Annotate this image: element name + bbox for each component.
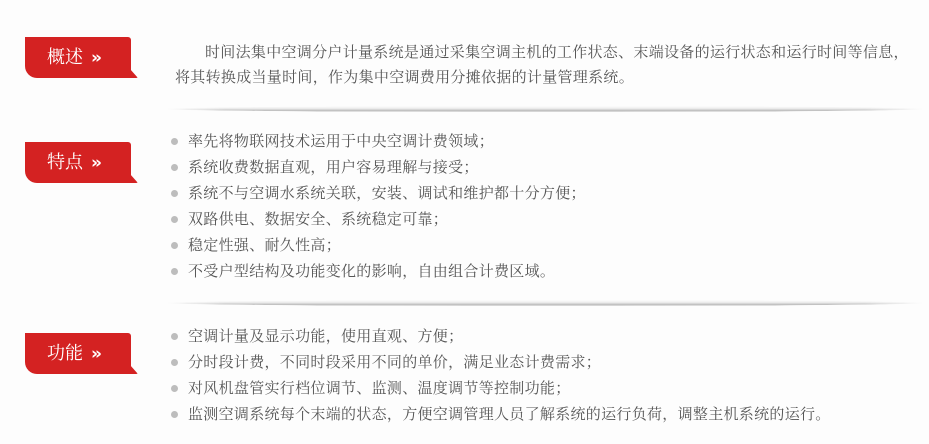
bullet-icon [171,216,178,223]
double-chevron-right-icon: » [91,344,102,364]
bullet-icon [171,411,178,418]
list-item: 对风机盘管实行档位调节、监测、温度调节等控制功能； [167,375,831,401]
bullet-icon [171,268,178,275]
bullet-icon [171,138,178,145]
list-item: 双路供电、数据安全、系统稳定可靠； [167,206,586,232]
list-item: 系统不与空调水系统关联，安装、调试和维护都十分方便； [167,180,586,206]
list-item: 空调计量及显示功能，使用直观、方便； [167,323,831,349]
section-divider [165,300,925,306]
functions-list: 空调计量及显示功能，使用直观、方便； 分时段计费，不同时段采用不同的单价，满足业… [167,323,831,427]
list-item-text: 率先将物联网技术运用于中央空调计费领域； [188,132,494,150]
list-item: 监测空调系统每个末端的状态，方便空调管理人员了解系统的运行负荷，调整主机系统的运… [167,401,831,427]
list-item-text: 稳定性强、耐久性高； [188,236,341,254]
bullet-icon [171,242,178,249]
list-item-text: 系统收费数据直观，用户容易理解与接受； [188,158,479,176]
list-item-text: 系统不与空调水系统关联，安装、调试和维护都十分方便； [188,184,586,202]
list-item-text: 双路供电、数据安全、系统稳定可靠； [188,210,448,228]
bullet-icon [171,333,178,340]
list-item-text: 空调计量及显示功能，使用直观、方便； [188,327,463,345]
section-divider [165,106,925,112]
bullet-icon [171,385,178,392]
list-item-text: 不受户型结构及功能变化的影响，自由组合计费区域。 [188,262,555,280]
features-badge-label: 特点 [47,152,83,173]
features-badge: 特点» [25,142,131,183]
list-item-text: 对风机盘管实行档位调节、监测、温度调节等控制功能； [188,379,571,397]
list-item: 不受户型结构及功能变化的影响，自由组合计费区域。 [167,258,586,284]
list-item: 分时段计费，不同时段采用不同的单价，满足业态计费需求； [167,349,831,375]
functions-badge: 功能» [25,333,131,374]
functions-badge-label: 功能 [47,343,83,364]
list-item-text: 分时段计费，不同时段采用不同的单价，满足业态计费需求； [188,353,601,371]
list-item: 系统收费数据直观，用户容易理解与接受； [167,154,586,180]
overview-badge-label: 概述 [47,47,83,68]
features-list: 率先将物联网技术运用于中央空调计费领域； 系统收费数据直观，用户容易理解与接受；… [167,128,586,284]
list-item-text: 监测空调系统每个末端的状态，方便空调管理人员了解系统的运行负荷，调整主机系统的运… [188,405,831,423]
bullet-icon [171,359,178,366]
overview-badge: 概述» [25,37,131,78]
double-chevron-right-icon: » [91,48,102,68]
double-chevron-right-icon: » [91,153,102,173]
bullet-icon [171,190,178,197]
overview-paragraph: 时间法集中空调分户计量系统是通过采集空调主机的工作状态、末端设备的运行状态和运行… [175,40,910,90]
bullet-icon [171,164,178,171]
list-item: 稳定性强、耐久性高； [167,232,586,258]
list-item: 率先将物联网技术运用于中央空调计费领域； [167,128,586,154]
